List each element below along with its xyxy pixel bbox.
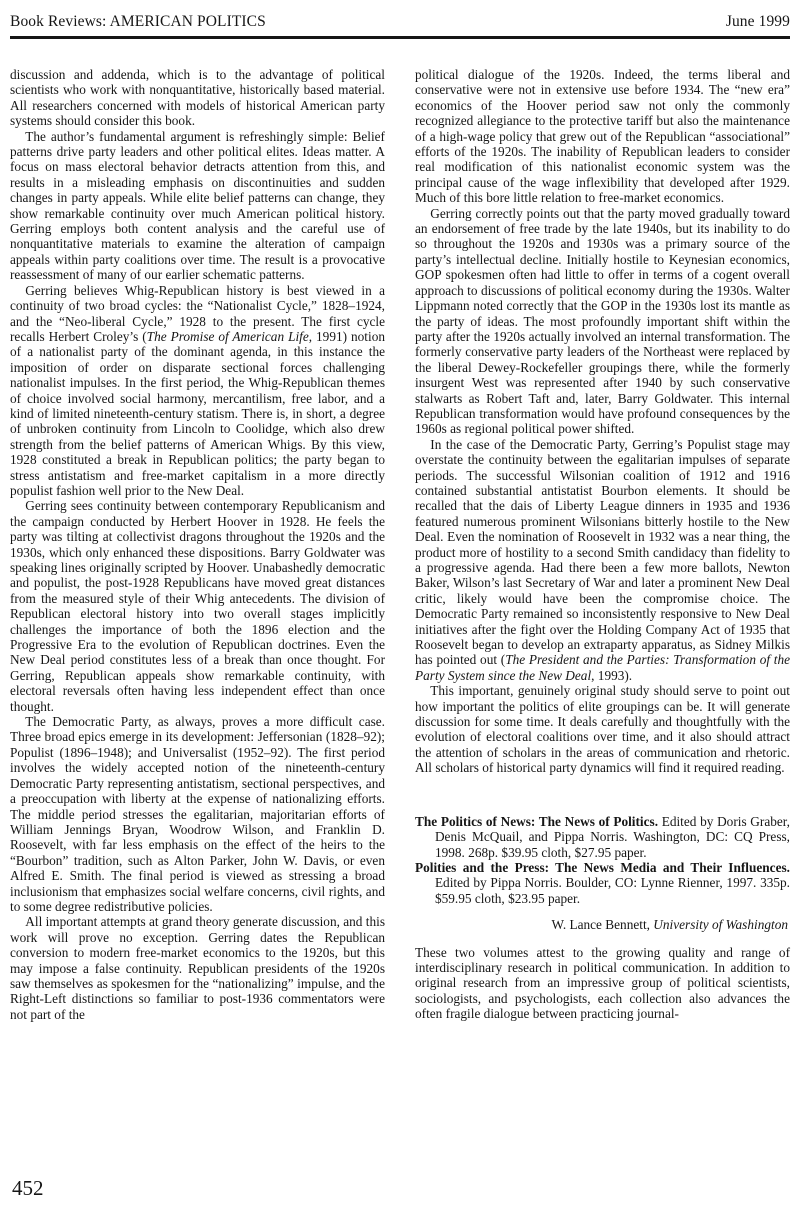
page-footer: 452 [12, 1176, 44, 1201]
paragraph: political dialogue of the 1920s. Indeed,… [415, 67, 790, 206]
text-segment: The Promise of American Life [147, 329, 309, 344]
text-segment: The Democratic Party, as always, proves … [10, 714, 385, 914]
paragraph: The author’s fundamental argument is ref… [10, 129, 385, 283]
text-segment: discussion and addenda, which is to the … [10, 67, 385, 128]
paragraph: This important, genuinely original study… [415, 683, 790, 775]
book-citation: Polities and the Press: The News Media a… [415, 860, 790, 906]
header-rule [10, 36, 790, 39]
page-header: Book Reviews: AMERICAN POLITICS June 199… [10, 0, 790, 31]
text-segment: W. Lance Bennett, [552, 917, 654, 932]
paragraph: In the case of the Democratic Party, Ger… [415, 437, 790, 684]
left-column: discussion and addenda, which is to the … [10, 67, 385, 1022]
text-segment: These two volumes attest to the growing … [415, 945, 790, 1022]
paragraph: The Democratic Party, as always, proves … [10, 714, 385, 914]
two-column-body: discussion and addenda, which is to the … [10, 67, 790, 1022]
text-segment: In the case of the Democratic Party, Ger… [415, 437, 790, 668]
issue-date: June 1999 [726, 13, 790, 31]
text-segment: , 1993). [591, 668, 632, 683]
text-segment: All important attempts at grand theory g… [10, 914, 385, 1021]
running-head: Book Reviews: AMERICAN POLITICS [10, 13, 266, 31]
right-column: political dialogue of the 1920s. Indeed,… [415, 67, 790, 1022]
text-segment: Gerring correctly points out that the pa… [415, 206, 790, 437]
paragraph: Gerring sees continuity between contempo… [10, 498, 385, 714]
text-segment: Edited by Pippa Norris. Boulder, CO: Lyn… [435, 875, 790, 905]
text-segment: The Politics of News: The News of Politi… [415, 814, 658, 829]
text-segment: University of Washington [653, 917, 788, 932]
text-segment: , 1991) notion of a nationalist party of… [10, 329, 385, 498]
text-segment: The author’s fundamental argument is ref… [10, 129, 385, 283]
paragraph: All important attempts at grand theory g… [10, 914, 385, 1022]
text-segment: Polities and the Press: The News Media a… [415, 860, 790, 875]
paragraph: Gerring believes Whig-Republican history… [10, 283, 385, 499]
paragraph: These two volumes attest to the growing … [415, 945, 790, 1022]
text-segment: This important, genuinely original study… [415, 683, 790, 775]
reviewer-byline: W. Lance Bennett, University of Washingt… [415, 917, 790, 932]
book-citation: The Politics of News: The News of Politi… [415, 814, 790, 860]
page-number: 452 [12, 1176, 44, 1200]
text-segment: Gerring sees continuity between contempo… [10, 498, 385, 713]
paragraph: Gerring correctly points out that the pa… [415, 206, 790, 437]
text-segment: political dialogue of the 1920s. Indeed,… [415, 67, 790, 205]
paragraph: discussion and addenda, which is to the … [10, 67, 385, 129]
journal-page: Book Reviews: AMERICAN POLITICS June 199… [0, 0, 800, 1217]
